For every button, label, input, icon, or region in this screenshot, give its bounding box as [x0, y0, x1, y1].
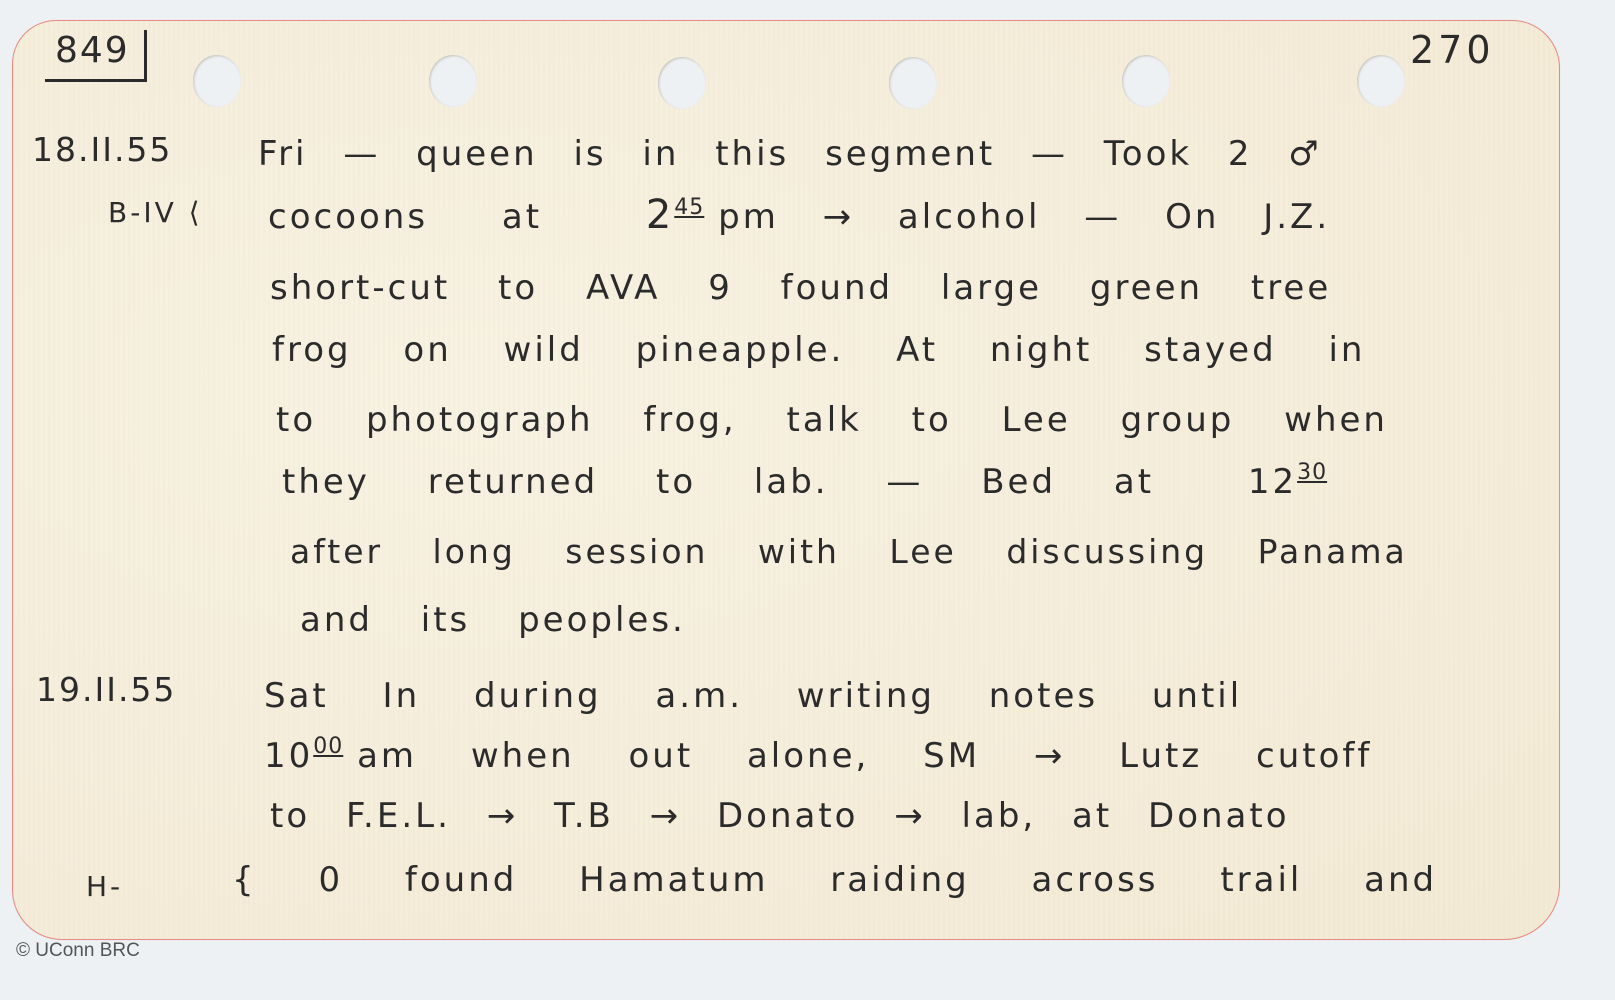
- entry-text: pm → alcohol — On J.Z.: [718, 197, 1330, 237]
- time: 245: [646, 192, 704, 238]
- time-minutes: 45: [674, 195, 704, 220]
- time-minutes: 30: [1297, 460, 1327, 485]
- entry-line: 1000 am when out alone, SM → Lutz cutoff: [264, 734, 1372, 776]
- entry-text: they returned to lab. — Bed at: [282, 462, 1154, 502]
- time-hour: 10: [264, 736, 313, 776]
- time-hour: 2: [646, 192, 674, 238]
- entry-line: after long session with Lee discussing P…: [290, 532, 1408, 571]
- entry-text: am when out alone, SM → Lutz cutoff: [357, 736, 1372, 776]
- copyright-label: © UConn BRC: [16, 940, 140, 962]
- entry-line: Fri — queen is in this segment — Took 2 …: [258, 134, 1322, 174]
- punch-hole: [658, 57, 706, 109]
- entry-line: { 0 found Hamatum raiding across trail a…: [232, 860, 1437, 900]
- time-hour: 12: [1248, 462, 1297, 502]
- margin-note: H-: [86, 870, 123, 903]
- card-number: 849: [45, 30, 147, 82]
- entry-line: they returned to lab. — Bed at 1230: [282, 460, 1327, 502]
- entry-date: 19.II.55: [36, 670, 176, 709]
- margin-note: B-IV ⟨: [108, 196, 203, 229]
- entry-line: to photograph frog, talk to Lee group wh…: [276, 400, 1388, 440]
- page-number: 270: [1410, 28, 1495, 72]
- entry-text: cocoons at: [268, 197, 542, 237]
- punch-hole: [1122, 55, 1170, 107]
- time: 1000: [264, 736, 343, 776]
- margin-note-text: B-IV: [108, 196, 177, 229]
- entry-date: 18.II.55: [32, 130, 172, 169]
- entry-line: and its peoples.: [300, 600, 686, 640]
- entry-line: frog on wild pineapple. At night stayed …: [272, 330, 1365, 370]
- entry-line: Sat In during a.m. writing notes until: [264, 676, 1242, 716]
- punch-hole: [889, 57, 937, 109]
- punch-hole: [429, 55, 477, 107]
- punch-hole: [193, 55, 241, 107]
- entry-line: cocoons at 245 pm → alcohol — On J.Z.: [268, 192, 1330, 238]
- entry-line: short-cut to AVA 9 found large green tre…: [270, 268, 1331, 308]
- punch-hole: [1357, 55, 1405, 107]
- time: 1230: [1248, 462, 1327, 502]
- time-minutes: 00: [313, 734, 343, 759]
- entry-line: to F.E.L. → T.B → Donato → lab, at Donat…: [270, 796, 1290, 836]
